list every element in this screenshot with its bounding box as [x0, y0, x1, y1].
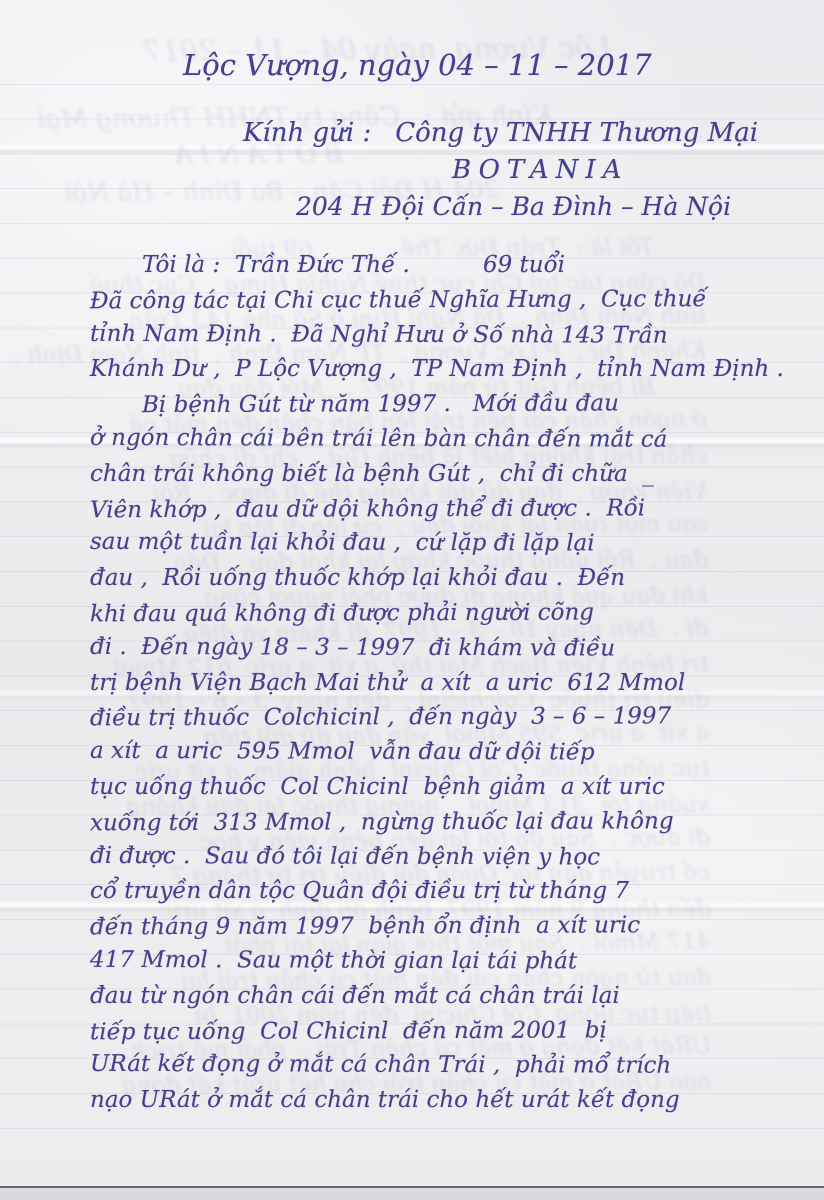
handwritten-line: đau , Rồi uống thuốc khớp lại khỏi đau .…: [90, 561, 824, 596]
salutation: Kính gửi :: [243, 118, 371, 148]
handwritten-line: trị bệnh Viện Bạch Mai thử a xít a uric …: [90, 666, 824, 701]
handwritten-line: đi . Đến ngày 18 – 3 – 1997 đi khám và đ…: [90, 630, 824, 667]
scanner-background: [0, 1188, 824, 1200]
handwritten-line: chân trái không biết là bệnh Gút , chỉ đ…: [90, 457, 824, 492]
handwritten-line: URát kết đọng ở mắt cá chân Trái , phải …: [90, 1047, 824, 1084]
company-name: Công ty TNHH Thương Mại: [395, 118, 758, 148]
handwritten-line: xuống tới 313 Mmol , ngừng thuốc lại đau…: [90, 803, 824, 840]
address-line: 204 H Đội Cấn – Ba Đình – Hà Nội: [296, 188, 824, 226]
handwritten-line: Viên khớp , đau dữ dội không thể đi được…: [90, 490, 824, 527]
handwritten-line: tục uống thuốc Col Chicinl bệnh giảm a x…: [90, 770, 824, 805]
handwritten-line: Khánh Dư , P Lộc Vượng , TP Nam Định , t…: [90, 352, 824, 387]
handwritten-line: a xít a uric 595 Mmol vẫn đau dữ dội tiế…: [90, 734, 824, 771]
handwritten-line: đến tháng 9 năm 1997 bệnh ổn định a xít …: [90, 908, 824, 945]
letter-content: Lộc Vượng, ngày 04 – 11 – 2017 Kính gửi …: [0, 42, 824, 1118]
scanned-letter-page: Lộc Vượng, ngày 04 – 11 – 2017 Kính gửi …: [0, 0, 824, 1200]
handwritten-line: đi được . Sau đó tôi lại đến bệnh viện y…: [90, 838, 824, 875]
handwritten-line: ở ngón chân cái bên trái lên bàn chân đế…: [90, 421, 824, 458]
brand-name: BOTANIA: [452, 152, 824, 188]
date-line: Lộc Vượng, ngày 04 – 11 – 2017: [183, 42, 824, 88]
handwritten-line: điều trị thuốc Colchicinl , đến ngày 3 –…: [90, 699, 824, 736]
handwritten-line: khi đau quá không đi được phải người cõn…: [90, 595, 824, 632]
handwritten-line: 417 Mmol . Sau một thời gian lại tái phá…: [90, 943, 824, 980]
handwritten-line: sau một tuần lại khỏi đau , cứ lặp đi lặ…: [90, 525, 824, 562]
handwritten-line: Tôi là : Trần Đức Thế . 69 tuổi: [90, 248, 824, 283]
handwritten-line: tỉnh Nam Định . Đã Nghỉ Hưu ở Số nhà 143…: [90, 316, 824, 353]
handwritten-line: tiếp tục uống Col Chicinl đến năm 2001 b…: [90, 1012, 824, 1049]
handwritten-line: Đã công tác tại Chi cục thuế Nghĩa Hưng …: [90, 282, 824, 319]
handwritten-line: Bị bệnh Gút từ năm 1997 . Mới đầu đau: [90, 386, 824, 423]
handwritten-line: đau từ ngón chân cái đến mắt cá chân trá…: [90, 979, 824, 1014]
handwritten-line: nạo URát ở mắt cá chân trái cho hết urát…: [90, 1083, 824, 1118]
salutation-line: Kính gửi :Công ty TNHH Thương Mại: [243, 114, 824, 152]
handwritten-line: cổ truyền dân tộc Quân đội điều trị từ t…: [90, 874, 824, 909]
